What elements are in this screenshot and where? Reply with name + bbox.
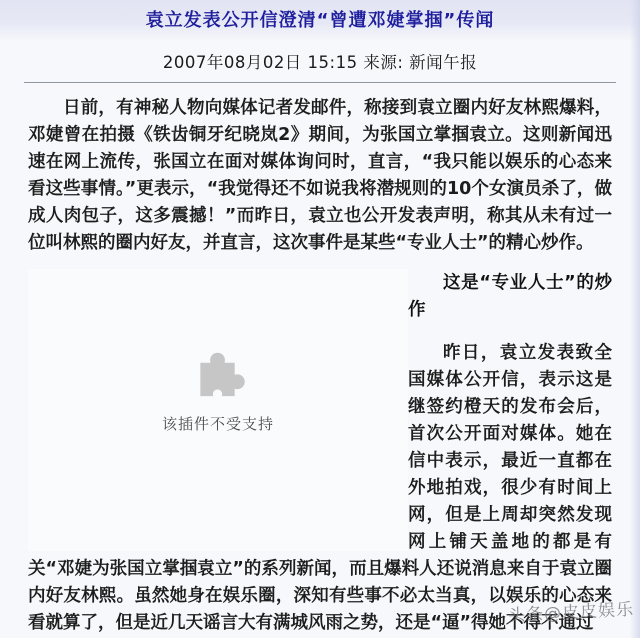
source-label: 来源: (363, 53, 403, 72)
unsupported-plugin-placeholder[interactable]: 该插件不受支持 (28, 269, 408, 551)
source-name: 新闻午报 (409, 53, 477, 72)
puzzle-piece-icon (28, 346, 408, 398)
article-header: 袁立发表公开信澄清“曾遭邓婕掌掴”传闻 (0, 0, 640, 42)
article-meta: 2007年08月02日 15:15 来源: 新闻午报 (0, 42, 640, 82)
article-body: 日前，有神秘人物向媒体记者发邮件，称接到袁立圈内好友林熙爆料，邓婕曾在拍摄《铁齿… (0, 83, 640, 637)
page-title: 袁立发表公开信澄清“曾遭邓婕掌掴”传闻 (146, 12, 495, 30)
news-article-page: 袁立发表公开信澄清“曾遭邓婕掌掴”传闻 2007年08月02日 15:15 来源… (0, 0, 640, 638)
plugin-unsupported-message: 该插件不受支持 (28, 411, 408, 438)
article-paragraph-1: 日前，有神秘人物向媒体记者发邮件，称接到袁立圈内好友林熙爆料，邓婕曾在拍摄《铁齿… (28, 95, 612, 257)
publish-date: 2007年08月02日 15:15 (163, 53, 358, 72)
